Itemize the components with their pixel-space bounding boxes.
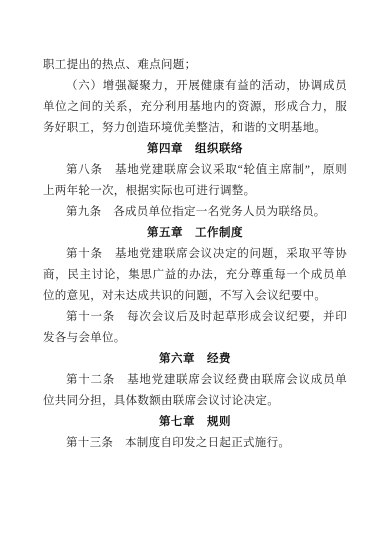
paragraph: 职工提出的热点、难点问题； (43, 55, 347, 76)
paragraph: 第十二条 基地党建联席会议经费由联席会议成员单位共同分担，具体数额由联席会议讨论… (43, 370, 347, 412)
chapter-heading: 第四章 组织联络 (43, 139, 347, 160)
paragraph: 第十条 基地党建联席会议决定的问题，采取平等协商，民主讨论，集思广益的办法，充分… (43, 244, 347, 307)
paragraph: 第十一条 每次会议后及时起草形成会议纪要，并印发各与会单位。 (43, 307, 347, 349)
document-page: 职工提出的热点、难点问题；（六）增强凝聚力，开展健康有益的活动，协调成员单位之间… (0, 0, 387, 548)
chapter-heading: 第六章 经费 (43, 349, 347, 370)
document-body: 职工提出的热点、难点问题；（六）增强凝聚力，开展健康有益的活动，协调成员单位之间… (43, 55, 347, 454)
chapter-heading: 第五章 工作制度 (43, 223, 347, 244)
chapter-heading: 第七章 规则 (43, 412, 347, 433)
paragraph: 第九条 各成员单位指定一名党务人员为联络员。 (43, 202, 347, 223)
paragraph: 第八条 基地党建联席会议采取“轮值主席制”，原则上两年轮一次，根据实际也可进行调… (43, 160, 347, 202)
paragraph: （六）增强凝聚力，开展健康有益的活动，协调成员单位之间的关系，充分利用基地内的资… (43, 76, 347, 139)
paragraph: 第十三条 本制度自印发之日起正式施行。 (43, 433, 347, 454)
